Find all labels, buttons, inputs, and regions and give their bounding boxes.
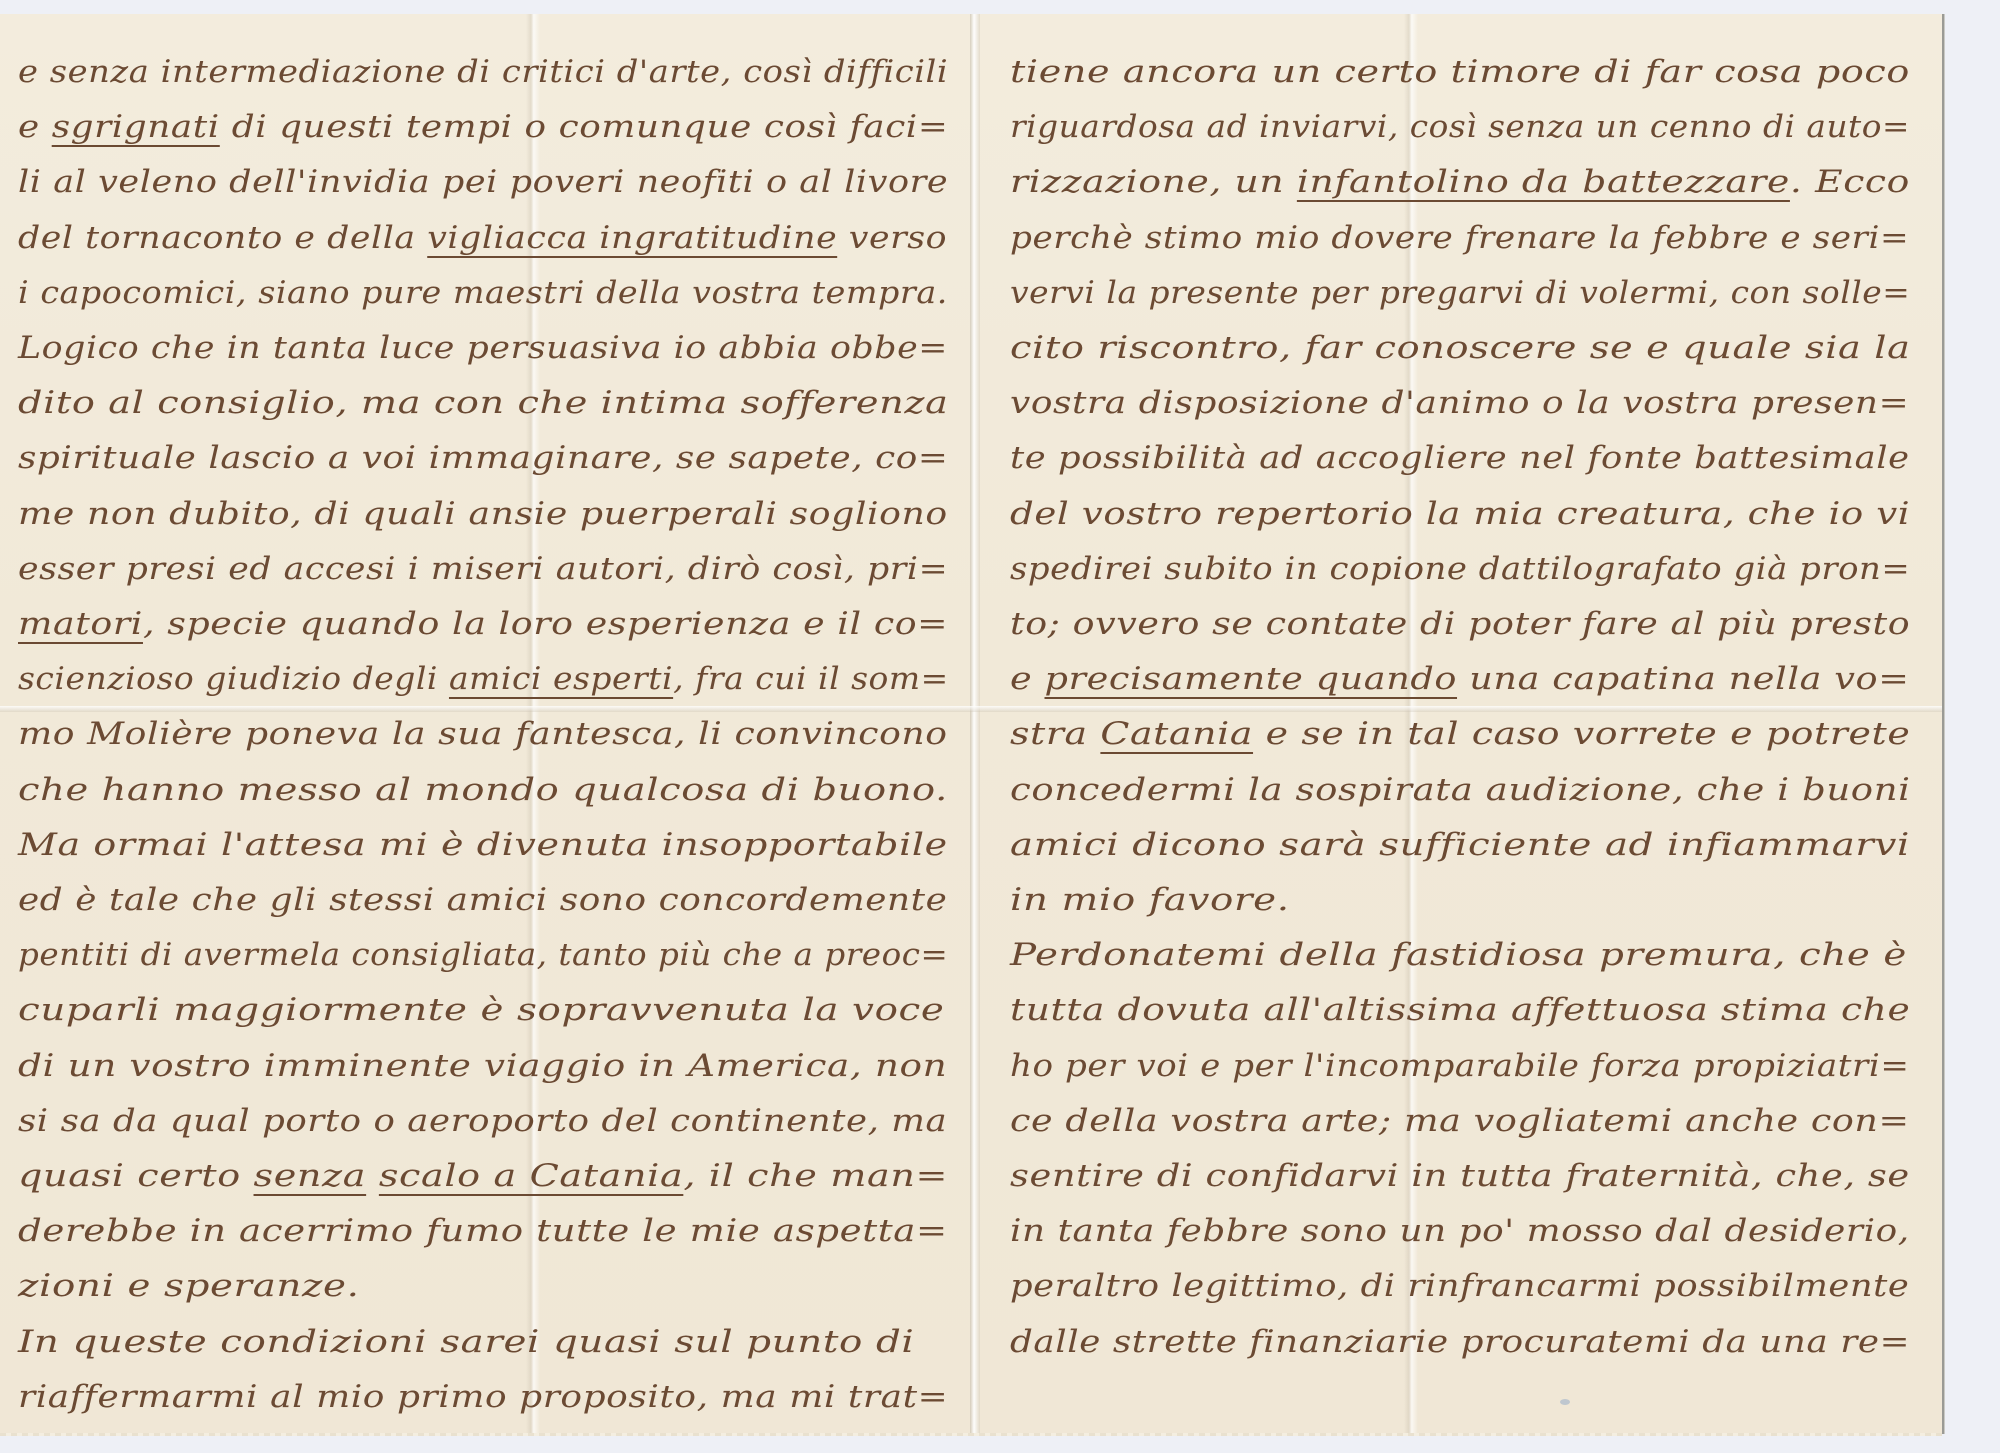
line-text: te possibilità ad accogliere nel fonte b… <box>1010 440 1910 476</box>
handwritten-line: Perdonatemi della fastidiosa premura, ch… <box>1010 937 1907 973</box>
line-text: , il che man= <box>683 1158 948 1194</box>
line-text: stra <box>1010 716 1100 752</box>
handwritten-line: rizzazione, un infantolino da battezzare… <box>1010 164 1910 200</box>
underlined-text: amici esperti <box>449 661 673 697</box>
line-text: in tanta febbre sono un po' mosso dal de… <box>1010 1213 1910 1249</box>
handwritten-line: derebbe in acerrimo fumo tutte le mie as… <box>18 1213 948 1249</box>
underlined-text: Catania <box>1100 716 1253 752</box>
line-text: riguardosa ad inviarvi, così senza un ce… <box>1010 109 1910 145</box>
line-text: . Ecco <box>1790 164 1910 200</box>
line-text: spedirei subito in copione dattilografat… <box>1010 551 1910 587</box>
handwritten-line: matori, specie quando la loro esperienza… <box>18 606 948 642</box>
line-text: che hanno messo al mondo qualcosa di buo… <box>18 772 948 808</box>
handwritten-line: Ma ormai l'attesa mi è divenuta insoppor… <box>18 827 948 863</box>
line-text: scienzioso giudizio degli <box>18 661 449 697</box>
line-text: Ma ormai l'attesa mi è divenuta insoppor… <box>18 827 948 863</box>
handwritten-line: ho per voi e per l'incomparabile forza p… <box>1010 1048 1909 1084</box>
line-text: derebbe in acerrimo fumo tutte le mie as… <box>18 1213 948 1249</box>
line-text: esser presi ed accesi i miseri autori, d… <box>18 551 948 587</box>
line-text: e <box>1010 661 1044 697</box>
line-text: ed è tale che gli stessi amici sono conc… <box>18 882 947 918</box>
handwritten-line: sentire di confidarvi in tutta fraternit… <box>1010 1158 1910 1194</box>
line-text: Logico che in tanta luce persuasiva io a… <box>18 330 948 366</box>
underlined-text: infantolino da battezzare <box>1297 164 1790 200</box>
line-text: , specie quando la loro esperienza e il … <box>143 606 948 642</box>
handwritten-line: mo Molière poneva la sua fantesca, li co… <box>18 716 948 752</box>
line-text: tiene ancora un certo timore di far cosa… <box>1010 54 1910 90</box>
handwritten-line: zioni e speranze. <box>18 1268 360 1304</box>
handwritten-line: spirituale lascio a voi immaginare, se s… <box>18 440 948 476</box>
line-text: dalle strette finanziarie procuratemi da… <box>1010 1324 1910 1360</box>
line-text: del tornaconto e della <box>18 220 427 256</box>
handwritten-line: perchè stimo mio dovere frenare la febbr… <box>1010 220 1909 256</box>
underlined-text: sgrignati <box>52 109 220 145</box>
line-text: In queste condizioni sarei quasi sul pun… <box>18 1324 914 1360</box>
handwritten-line: concedermi la sospirata audizione, che i… <box>1010 772 1911 808</box>
underlined-text: scalo a Catania <box>379 1158 683 1194</box>
line-text: spirituale lascio a voi immaginare, se s… <box>18 440 948 476</box>
fold-crease-center <box>970 14 980 1434</box>
line-text <box>366 1158 379 1194</box>
handwritten-line: ed è tale che gli stessi amici sono conc… <box>18 882 947 918</box>
line-text: si sa da qual porto o aeroporto del cont… <box>18 1103 947 1139</box>
handwritten-line: e sgrignati di questi tempi o comunque c… <box>18 109 948 145</box>
line-text: peraltro legittimo, di rinfrancarmi poss… <box>1010 1268 1909 1304</box>
line-text: riaffermarmi al mio primo proposito, ma … <box>18 1379 948 1415</box>
line-text: in mio favore. <box>1010 882 1290 918</box>
line-text: quasi certo <box>18 1158 254 1194</box>
line-text: rizzazione, un <box>1010 164 1297 200</box>
line-text: dito al consiglio, ma con che intima sof… <box>18 385 948 421</box>
handwritten-line: ce della vostra arte; ma vogliatemi anch… <box>1010 1103 1910 1139</box>
line-text: concedermi la sospirata audizione, che i… <box>1010 772 1911 808</box>
line-text: perchè stimo mio dovere frenare la febbr… <box>1010 220 1909 256</box>
line-text: vostra disposizione d'animo o la vostra … <box>1010 385 1909 421</box>
handwritten-line: e senza intermediazione di critici d'art… <box>18 54 948 90</box>
fold-crease-horizontal <box>0 706 1942 712</box>
handwritten-line: si sa da qual porto o aeroporto del cont… <box>18 1103 947 1139</box>
underlined-text: precisamente quando <box>1044 661 1457 697</box>
handwritten-line: dito al consiglio, ma con che intima sof… <box>18 385 948 421</box>
line-text: vervi la presente per pregarvi di volerm… <box>1010 275 1910 311</box>
handwritten-line: scienzioso giudizio degli amici esperti,… <box>18 661 949 697</box>
handwritten-line: dalle strette finanziarie procuratemi da… <box>1010 1324 1910 1360</box>
line-text: cito riscontro, far conoscere se e quale… <box>1010 330 1911 366</box>
line-text: del vostro repertorio la mia creatura, c… <box>1010 496 1910 532</box>
line-text: to; ovvero se contate di poter fare al p… <box>1010 606 1910 642</box>
line-text: zioni e speranze. <box>18 1268 360 1304</box>
handwritten-line: In queste condizioni sarei quasi sul pun… <box>18 1324 914 1360</box>
handwritten-line: li al veleno dell'invidia pei poveri neo… <box>18 164 948 200</box>
line-text: sentire di confidarvi in tutta fraternit… <box>1010 1158 1910 1194</box>
handwritten-line: cito riscontro, far conoscere se e quale… <box>1010 330 1911 366</box>
line-text: amici dicono sarà sufficiente ad infiamm… <box>1010 827 1910 863</box>
line-text: una capatina nella vo= <box>1457 661 1909 697</box>
line-text: cuparli maggiormente è sopravvenuta la v… <box>18 992 944 1028</box>
line-text: ce della vostra arte; ma vogliatemi anch… <box>1010 1103 1910 1139</box>
line-text: i capocomici, siano pure maestri della v… <box>18 275 948 311</box>
handwritten-line: Logico che in tanta luce persuasiva io a… <box>18 330 948 366</box>
line-text: li al veleno dell'invidia pei poveri neo… <box>18 164 948 200</box>
line-text: verso <box>837 220 947 256</box>
line-text: Perdonatemi della fastidiosa premura, ch… <box>1010 937 1907 973</box>
handwritten-line: pentiti di avermela consigliata, tanto p… <box>18 937 948 973</box>
line-text: e <box>18 109 52 145</box>
handwritten-line: to; ovvero se contate di poter fare al p… <box>1010 606 1910 642</box>
handwritten-line: riaffermarmi al mio primo proposito, ma … <box>18 1379 948 1415</box>
handwritten-line: esser presi ed accesi i miseri autori, d… <box>18 551 948 587</box>
line-text: ho per voi e per l'incomparabile forza p… <box>1010 1048 1909 1084</box>
line-text: e se in tal caso vorrete e potrete <box>1253 716 1910 752</box>
line-text: di questi tempi o comunque così faci= <box>220 109 949 145</box>
handwritten-line: del tornaconto e della vigliacca ingrati… <box>18 220 947 256</box>
handwritten-line: vervi la presente per pregarvi di volerm… <box>1010 275 1910 311</box>
line-text: pentiti di avermela consigliata, tanto p… <box>18 937 948 973</box>
handwritten-line: di un vostro imminente viaggio in Americ… <box>18 1048 947 1084</box>
handwritten-line: del vostro repertorio la mia creatura, c… <box>1010 496 1910 532</box>
handwritten-line: quasi certo senza scalo a Catania, il ch… <box>18 1158 948 1194</box>
handwritten-line: che hanno messo al mondo qualcosa di buo… <box>18 772 948 808</box>
handwritten-line: spedirei subito in copione dattilografat… <box>1010 551 1910 587</box>
handwritten-line: te possibilità ad accogliere nel fonte b… <box>1010 440 1910 476</box>
handwritten-line: cuparli maggiormente è sopravvenuta la v… <box>18 992 944 1028</box>
underlined-text: senza <box>254 1158 367 1194</box>
handwritten-line: amici dicono sarà sufficiente ad infiamm… <box>1010 827 1910 863</box>
line-text: me non dubito, di quali ansie puerperali… <box>18 496 948 532</box>
line-text: , fra cui il som= <box>673 661 949 697</box>
letter-sheet: e senza intermediazione di critici d'art… <box>0 14 1942 1434</box>
line-text: di un vostro imminente viaggio in Americ… <box>18 1048 947 1084</box>
handwritten-line: tiene ancora un certo timore di far cosa… <box>1010 54 1910 90</box>
ink-blot <box>1560 1399 1570 1405</box>
handwritten-line: stra Catania e se in tal caso vorrete e … <box>1010 716 1910 752</box>
handwritten-line: riguardosa ad inviarvi, così senza un ce… <box>1010 109 1910 145</box>
handwritten-line: me non dubito, di quali ansie puerperali… <box>18 496 948 532</box>
handwritten-line: vostra disposizione d'animo o la vostra … <box>1010 385 1909 421</box>
line-text: mo Molière poneva la sua fantesca, li co… <box>18 716 948 752</box>
handwritten-line: in mio favore. <box>1010 882 1290 918</box>
handwritten-line: in tanta febbre sono un po' mosso dal de… <box>1010 1213 1910 1249</box>
handwritten-line: e precisamente quando una capatina nella… <box>1010 661 1909 697</box>
handwritten-line: i capocomici, siano pure maestri della v… <box>18 275 948 311</box>
underlined-text: matori <box>18 606 143 642</box>
line-text: tutta dovuta all'altissima affettuosa st… <box>1010 992 1910 1028</box>
handwritten-line: peraltro legittimo, di rinfrancarmi poss… <box>1010 1268 1909 1304</box>
line-text: e senza intermediazione di critici d'art… <box>18 54 948 90</box>
handwritten-line: tutta dovuta all'altissima affettuosa st… <box>1010 992 1910 1028</box>
underlined-text: vigliacca ingratitudine <box>427 220 837 256</box>
